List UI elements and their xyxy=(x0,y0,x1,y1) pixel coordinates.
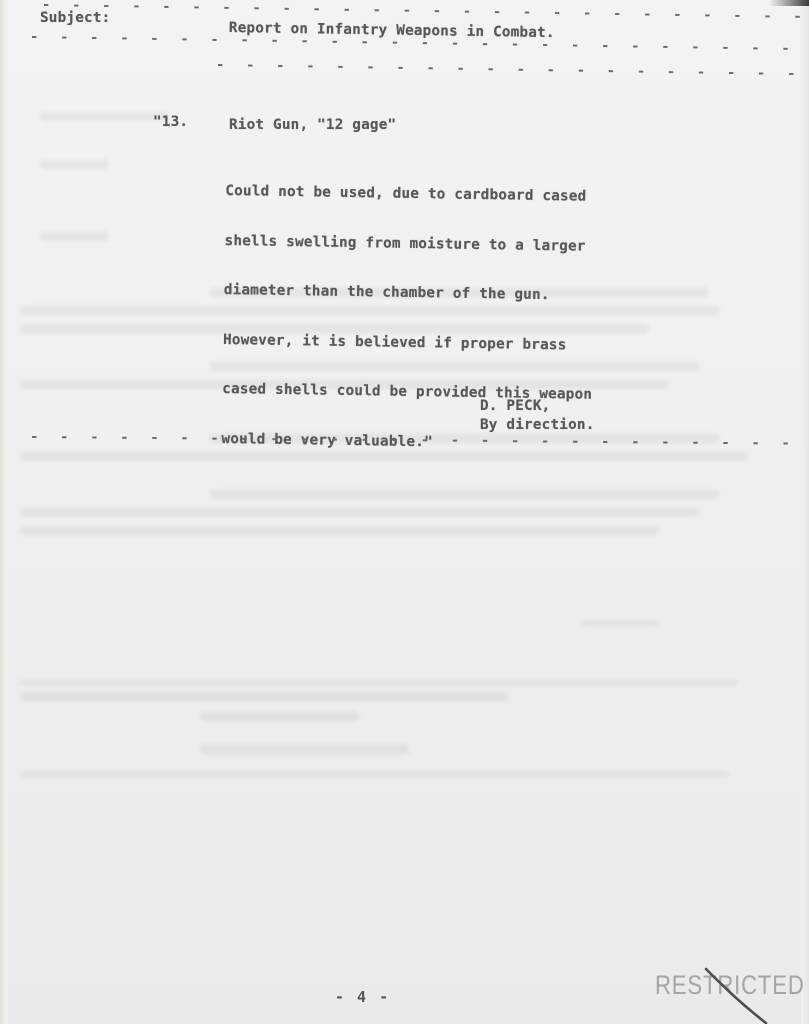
body-line: Could not be used, due to cardboard case… xyxy=(225,183,595,205)
subject-label: Subject: xyxy=(40,10,110,27)
dashed-rule-top: - - - - - - - - - - - - - - - - - - - - … xyxy=(42,2,809,22)
body-line: However, it is believed if proper brass xyxy=(223,331,593,353)
page-left-edge xyxy=(0,0,8,1024)
body-line: diameter than the chamber of the gun. xyxy=(224,282,594,304)
dashed-rule-bottom: - - - - - - - - - - - - - - - - - - - - … xyxy=(30,434,809,448)
scan-shadow xyxy=(769,0,809,6)
signature-name: D. PECK, xyxy=(480,398,550,415)
item-title: Riot Gun, "12 gage" xyxy=(229,117,396,134)
dashed-rule-subject-lower: - - - - - - - - - - - - - - - - - - - - … xyxy=(216,62,809,79)
item-number: "13. xyxy=(153,114,188,131)
document-page: - - - - - - - - - - - - - - - - - - - - … xyxy=(0,0,809,1024)
signature-title: By direction. xyxy=(480,417,595,434)
page-right-edge xyxy=(801,0,809,1024)
page-number: - 4 - xyxy=(335,988,390,1006)
body-line: shells swelling from moisture to a large… xyxy=(224,232,594,254)
pen-mark-icon xyxy=(700,965,780,1024)
